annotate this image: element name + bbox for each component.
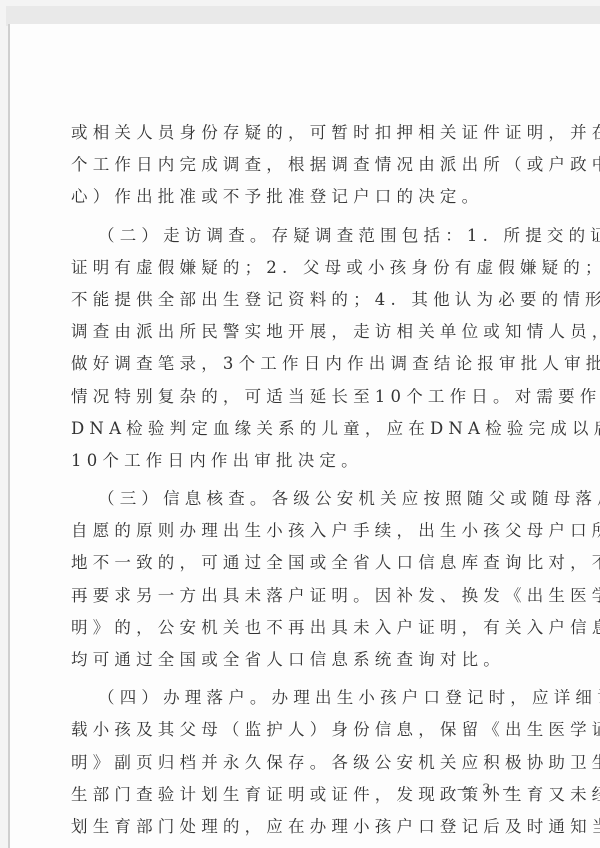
text-line: 或相关人员身份存疑的，可暂时扣押相关证件证明，并在5 [71, 117, 466, 149]
text-line: 证明有虚假嫌疑的；2. 父母或小孩身份有虚假嫌疑的；3. [71, 252, 466, 284]
text-line: 载小孩及其父母（监护人）身份信息，保留《出生医学证 [71, 714, 466, 746]
text-line: 情况特别复杂的，可适当延长至10个工作日。对需要作 [71, 381, 466, 413]
text-line: 明》副页归档并永久保存。各级公安机关应积极协助卫生计 [71, 747, 466, 779]
text-line: 地不一致的，可通过全国或全省人口信息库查询比对，不得 [71, 547, 466, 579]
section-heading-2: （二）走访调查。 [98, 226, 272, 245]
paragraph-first-line: （二）走访调查。存疑调查范围包括：1. 所提交的证件 [71, 220, 466, 252]
text-line: 再要求另一方出具未落户证明。因补发、换发《出生医学证 [71, 580, 466, 612]
text-line: DNA检验判定血缘关系的儿童，应在DNA检验完成以后， [71, 413, 466, 445]
document-body: 或相关人员身份存疑的，可暂时扣押相关证件证明，并在5 个工作日内完成调查，根据调… [71, 117, 466, 843]
text-line: 明》的，公安机关也不再出具未入户证明，有关入户信息， [71, 612, 466, 644]
section-heading-4: （四）办理落户。 [98, 688, 272, 707]
text-line: 调查由派出所民警实地开展，走访相关单位或知情人员，并 [71, 316, 466, 348]
text-line: 均可通过全国或全省人口信息系统查询对比。 [71, 644, 466, 676]
scan-top-edge [6, 6, 600, 26]
section-heading-3: （三）信息核查。 [98, 489, 272, 508]
text-line: 划生育部门处理的，应在办理小孩户口登记后及时通知当地 [71, 811, 466, 843]
page-number: — 3 — [457, 782, 520, 797]
text-line: 生部门查验计划生育证明或证件，发现政策外生育又未经计 [71, 779, 466, 811]
paragraph-first-line: （三）信息核查。各级公安机关应按照随父或随母落户 [71, 483, 466, 515]
text-line: 做好调查笔录，3个工作日内作出调查结论报审批人审批。 [71, 348, 466, 380]
text-line: 不能提供全部出生登记资料的；4. 其他认为必要的情形。 [71, 284, 466, 316]
text-line: 10个工作日内作出审批决定。 [71, 445, 466, 477]
text-line: 个工作日内完成调查，根据调查情况由派出所（或户政中 [71, 149, 466, 181]
text-line: 自愿的原则办理出生小孩入户手续，出生小孩父母户口所在 [71, 515, 466, 547]
text-line: 心）作出批准或不予批准登记户口的决定。 [71, 181, 466, 213]
paragraph-first-line: （四）办理落户。办理出生小孩户口登记时，应详细记 [71, 682, 466, 714]
